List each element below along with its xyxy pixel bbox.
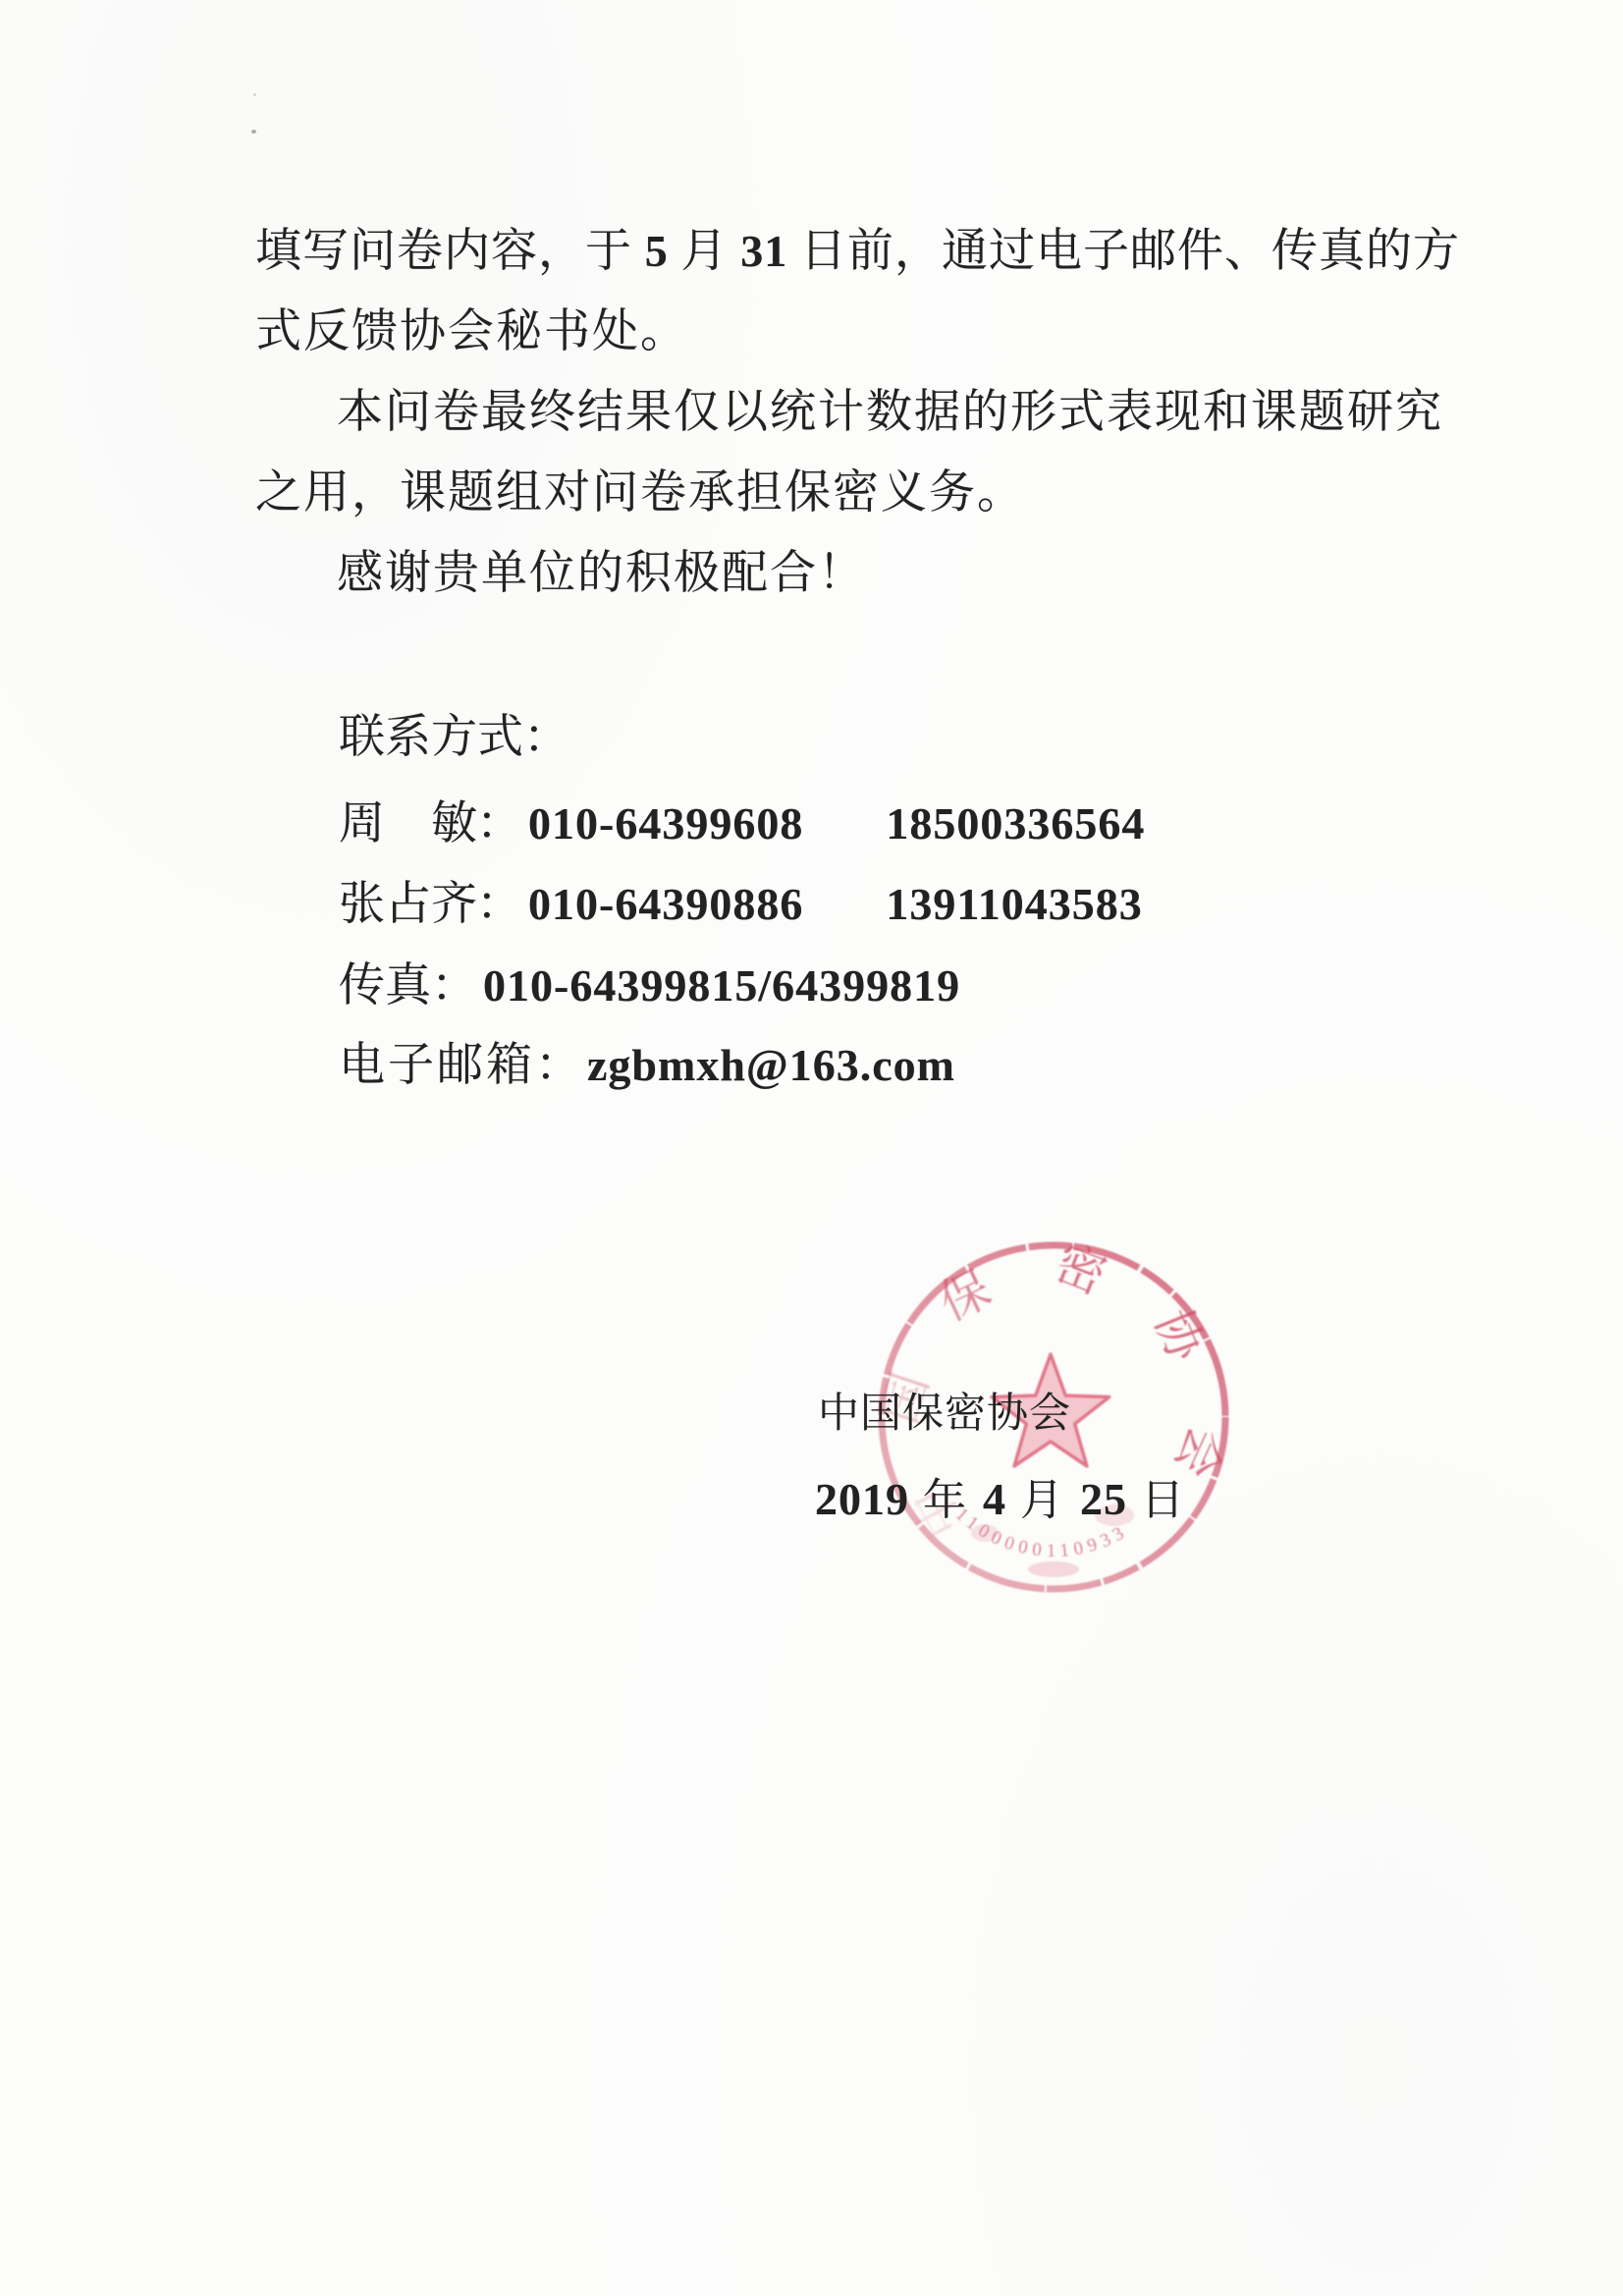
body-text-run: 月: [669, 226, 741, 277]
paragraph-2-line-1: 本问卷最终结果仅以统计数据的形式表现和课题研究: [337, 386, 1443, 440]
contact-phone: 010-64390886: [528, 879, 803, 929]
fullwidth-colon: ：: [431, 960, 477, 1011]
body-text-run: 日前，通过电子邮件、传真的方: [787, 226, 1460, 277]
date-year-unit: 年: [909, 1476, 983, 1524]
paragraph-1-line-2: 式反馈协会秘书处。: [255, 305, 688, 359]
contact-mobile: 13911043583: [886, 879, 1142, 929]
paragraph-2-line-2: 之用，课题组对问卷承担保密义务。: [255, 466, 1025, 520]
date-year: 2019: [815, 1474, 909, 1524]
scan-artifact: [253, 93, 256, 96]
date-month: 4: [983, 1474, 1006, 1524]
signature-date: 2019 年 4 月 25 日: [815, 1473, 1187, 1527]
date-month-unit: 月: [1006, 1476, 1080, 1524]
email-label: 电子邮箱: [339, 1040, 535, 1091]
date-number: 5: [645, 226, 669, 276]
contact-heading: 联系方式：: [339, 711, 569, 765]
contact-row-zhou: 周 敏：010-6439960818500336564: [339, 797, 1145, 851]
contact-name: 张占齐: [339, 878, 476, 932]
fax-label: 传真: [339, 960, 431, 1011]
scanned-letter-page: 填写问卷内容，于 5 月 31 日前，通过电子邮件、传真的方 式反馈协会秘书处。…: [0, 0, 1623, 2296]
fax-number: 010-64399815/64399819: [483, 960, 960, 1011]
paragraph-1-line-1: 填写问卷内容，于 5 月 31 日前，通过电子邮件、传真的方: [255, 225, 1460, 279]
fullwidth-colon: ：: [476, 798, 522, 849]
paragraph-3: 感谢贵单位的积极配合！: [337, 547, 866, 601]
seal-smudge: [1028, 1561, 1079, 1577]
signature-org: 中国保密协会: [818, 1391, 1071, 1440]
contact-row-email: 电子邮箱：zgbmxh@163.com: [339, 1039, 955, 1093]
contact-name: 周 敏: [339, 797, 476, 851]
date-day-unit: 日: [1127, 1476, 1187, 1524]
body-text-run: 填写问卷内容，于: [255, 226, 645, 277]
contact-mobile: 18500336564: [886, 798, 1145, 848]
date-day: 25: [1080, 1474, 1127, 1524]
contact-phone: 010-64399608: [528, 798, 803, 848]
scan-artifact: [251, 130, 256, 134]
contact-row-zhang: 张占齐：010-6439088613911043583: [339, 878, 1143, 932]
email-address: zgbmxh@163.com: [587, 1040, 955, 1090]
fullwidth-colon: ：: [535, 1040, 581, 1091]
date-number: 31: [740, 226, 787, 276]
fullwidth-colon: ：: [476, 879, 522, 930]
contact-row-fax: 传真：010-64399815/64399819: [339, 959, 960, 1013]
